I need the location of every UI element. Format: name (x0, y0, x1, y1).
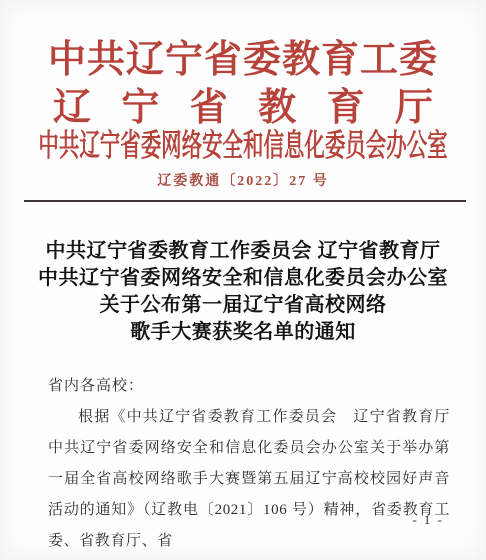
letterhead-org-line-3-wrap: 中共辽宁省委网络安全和信息化委员会办公室 (0, 120, 486, 165)
document-number: 辽委教通〔2022〕27 号 (0, 170, 486, 190)
document-title-line-1: 中共辽宁省委教育工作委员会 辽宁省教育厅 (20, 238, 466, 265)
letterhead-org-line-3: 中共辽宁省委网络安全和信息化委员会办公室 (38, 120, 447, 165)
letterhead-org-line-1: 中共辽宁省委教育工委 (0, 28, 486, 83)
salutation: 省内各高校： (48, 374, 144, 395)
document-title-line-2: 中共辽宁省委网络安全和信息化委员会办公室 (20, 265, 466, 292)
body-paragraph: 根据《中共辽宁省委教育工作委员会 辽宁省教育厅 中共辽宁省委网络安全和信息化委员… (48, 402, 450, 557)
scanned-document-page: 中共辽宁省委教育工委 辽宁省教育厅 中共辽宁省委网络安全和信息化委员会办公室 辽… (0, 0, 486, 560)
document-title: 中共辽宁省委教育工作委员会 辽宁省教育厅 中共辽宁省委网络安全和信息化委员会办公… (20, 238, 466, 346)
document-title-line-3: 关于公布第一届辽宁省高校网络 (20, 292, 466, 319)
page-number: - 1 - (412, 512, 444, 528)
letterhead-separator-rule (24, 200, 466, 202)
document-title-line-4: 歌手大赛获奖名单的通知 (20, 319, 466, 346)
